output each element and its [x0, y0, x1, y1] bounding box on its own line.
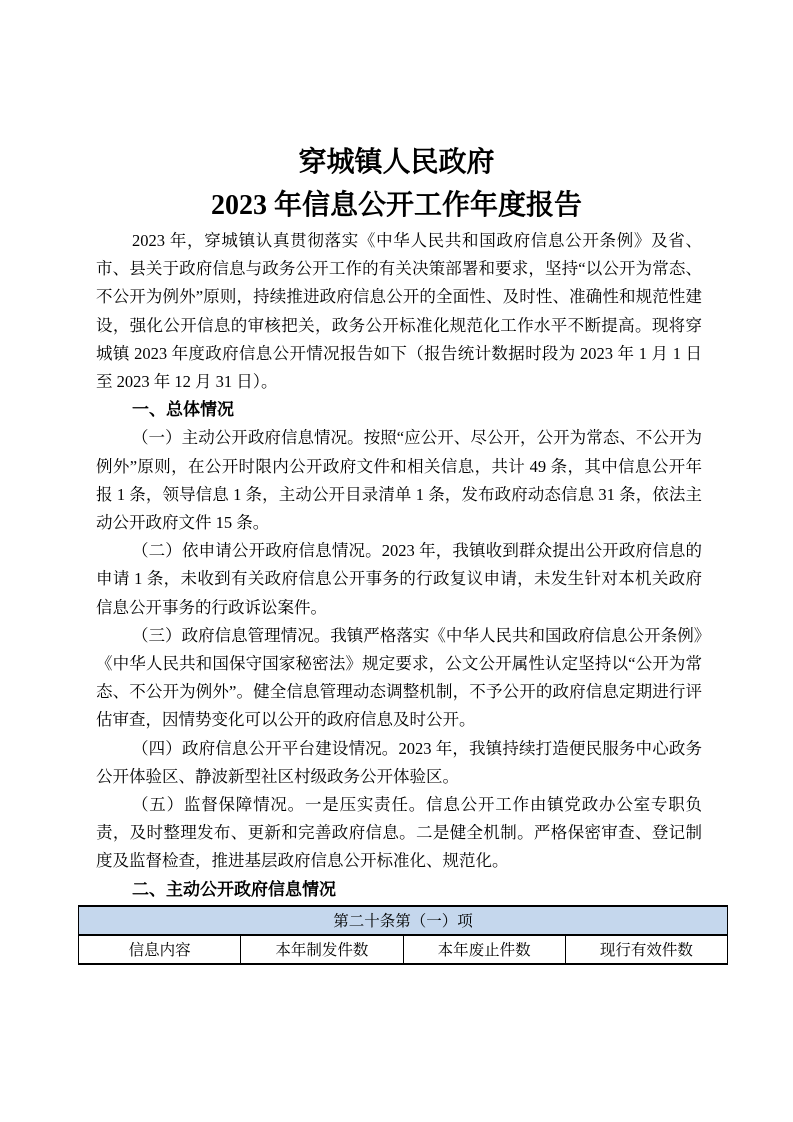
table-caption-row: 第二十条第（一）项	[79, 906, 728, 935]
document-page: 穿城镇人民政府 2023 年信息公开工作年度报告 2023 年，穿城镇认真贯彻落…	[0, 0, 793, 1122]
paragraph-disclosure-upon-request: （二）依申请公开政府信息情况。2023 年，我镇收到群众提出公开政府信息的申请 …	[96, 537, 702, 622]
col-header-effective-count: 现行有效件数	[565, 935, 727, 964]
section-overview-heading: 一、总体情况	[96, 396, 702, 424]
paragraph-supervision-guarantee: （五）监督保障情况。一是压实责任。信息公开工作由镇党政办公室专职负责，及时整理发…	[96, 791, 702, 876]
disclosure-table: 第二十条第（一）项 信息内容 本年制发件数 本年废止件数 现行有效件数	[78, 905, 728, 965]
title-line-1: 穿城镇人民政府	[0, 141, 793, 184]
paragraph-information-management: （三）政府信息管理情况。我镇严格落实《中华人民共和国政府信息公开条例》《中华人民…	[96, 622, 702, 735]
section-proactive-disclosure-heading: 二、主动公开政府信息情况	[96, 876, 702, 904]
paragraph-platform-construction: （四）政府信息公开平台建设情况。2023 年，我镇持续打造便民服务中心政务公开体…	[96, 735, 702, 791]
document-body: 2023 年，穿城镇认真贯彻落实《中华人民共和国政府信息公开条例》及省、市、县关…	[0, 227, 793, 965]
title-line-2: 2023 年信息公开工作年度报告	[0, 184, 793, 227]
document-title: 穿城镇人民政府 2023 年信息公开工作年度报告	[0, 141, 793, 227]
table-header-row: 信息内容 本年制发件数 本年废止件数 现行有效件数	[79, 935, 728, 964]
intro-paragraph: 2023 年，穿城镇认真贯彻落实《中华人民共和国政府信息公开条例》及省、市、县关…	[96, 227, 702, 396]
col-header-info-content: 信息内容	[79, 935, 241, 964]
col-header-issued-count: 本年制发件数	[241, 935, 403, 964]
paragraph-proactive-disclosure: （一）主动公开政府信息情况。按照“应公开、尽公开，公开为常态、不公开为例外”原则…	[96, 424, 702, 537]
col-header-repealed-count: 本年废止件数	[403, 935, 565, 964]
table-caption: 第二十条第（一）项	[79, 906, 728, 935]
